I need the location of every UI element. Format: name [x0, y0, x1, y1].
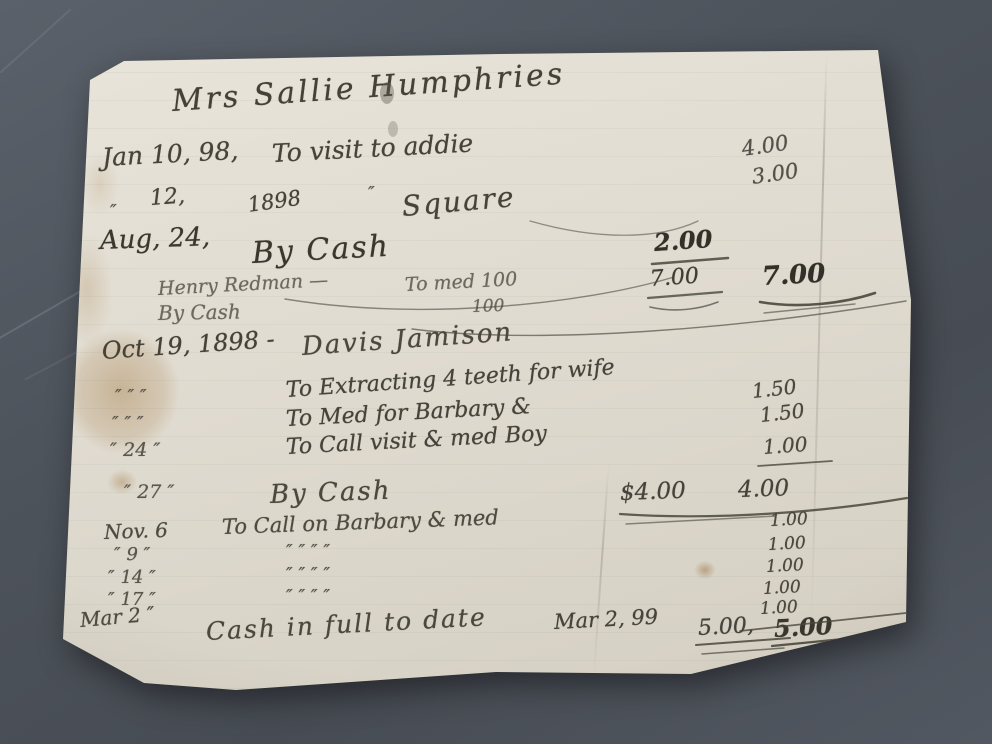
entry-amount: 1.00	[766, 557, 805, 576]
ditto-mark: ″	[368, 185, 375, 203]
ditto-mark: ″ ″ ″	[112, 415, 144, 433]
entry-amount: 100	[472, 298, 505, 316]
entry-date: Jan 10, 98,	[101, 138, 239, 170]
entry-desc: By Cash	[270, 478, 392, 508]
entry-amount: 5.00,	[697, 615, 754, 640]
entry-amount: 1.00	[770, 511, 809, 530]
entry-desc: ″ ″ ″ ″	[286, 588, 330, 606]
entry-date: Aug, 24,	[100, 224, 211, 254]
entry-desc: By Cash	[251, 232, 390, 269]
ditto-mark: ″ 27 ″	[124, 483, 174, 502]
entry-amount: $4.00	[620, 480, 687, 505]
entry-amount: 2.00	[653, 227, 713, 255]
entry-amount: 7.00	[761, 261, 826, 290]
entry-amount: 5.00	[773, 614, 833, 641]
entry-amount: 1.50	[759, 400, 805, 425]
entry-date: Nov. 6	[104, 520, 169, 542]
entry-amount: 1.00	[762, 434, 808, 457]
entry-amount: 1.00	[768, 535, 807, 554]
entry-date: Mar 2, 99	[553, 607, 658, 633]
photo-of-handwritten-ledger: Mrs Sallie Humphries Jan 10, 98, To visi…	[0, 0, 992, 744]
entry-desc: ″ ″ ″ ″	[286, 566, 330, 584]
ditto-mark: ″ 24 ″	[110, 441, 160, 460]
entry-amount: 4.00	[738, 477, 790, 502]
entry-day: 12,	[149, 186, 185, 210]
entry-desc: ″ ″ ″ ″	[286, 543, 330, 561]
paper-shadow: Mrs Sallie Humphries Jan 10, 98, To visi…	[60, 45, 912, 695]
ditto-mark: ″ 14 ″	[108, 569, 156, 587]
entry-amount: 7.00	[649, 266, 699, 291]
ditto-mark: ″ ″ ″	[115, 388, 147, 406]
entry-amount: 1.00	[763, 579, 802, 598]
entry-desc: By Cash	[158, 302, 241, 323]
ditto-mark: ″ 9 ″	[114, 546, 150, 564]
ditto-mark: ″	[110, 203, 117, 221]
entry-amount: 1.50	[751, 376, 797, 401]
entry-date: Mar 2 ″	[79, 604, 155, 630]
ledger-paper: Mrs Sallie Humphries Jan 10, 98, To visi…	[60, 45, 912, 695]
stain	[690, 557, 720, 583]
